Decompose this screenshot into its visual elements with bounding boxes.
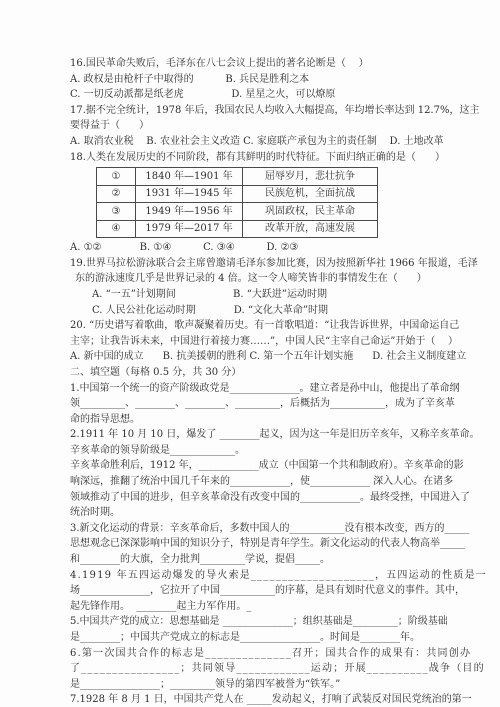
q18-row4-period: 1979 年—2017 年	[136, 220, 243, 238]
fill-section-header: 二、填空题（每格 0.5 分，共 30 分）	[70, 365, 476, 381]
fill-q7-line1: 7.1928 年 8 月 1 日，中国共产党人在 _____发动起义，打响了武装…	[70, 692, 476, 707]
fill-q5-line1: 5.中国共产党的成立：思想基础是 ______________；组织基础是___…	[70, 614, 476, 630]
q18-row3-period: 1949 年—1956 年	[136, 203, 243, 221]
exam-page: 16.国民革命失败后，毛泽东在八七会议上提出的著名论断是（ ） A. 政权是由枪…	[0, 0, 500, 707]
fill-q4-line2: 场______________，它拉开了中国___________的序幕，是具有…	[70, 583, 476, 599]
q18-table: ① 1840 年—1901 年 屈辱岁月，悲壮抗争 ② 1931 年—1945 …	[96, 167, 378, 238]
fill-q2-line3: 辛亥革命胜利后，1912 年，____________成立（中国第一个共和制政府…	[70, 458, 476, 474]
q17-options: A. 取消农业税 B. 农业社会主义改造 C. 家庭联产承包为主的责任制 D. …	[70, 134, 476, 150]
q18-answer-options: A. ①② B. ①④ C. ③④ D. ②③	[70, 240, 476, 256]
q16-stem: 16.国民革命失败后，毛泽东在八七会议上提出的著名论断是（ ）	[70, 56, 476, 72]
q18-row3-num: ③	[97, 203, 136, 221]
q18-stem: 18.人类在发展历史的不同阶段，都有其鲜明的时代特征。下面归纳正确的是（ ）	[70, 150, 476, 166]
table-row: ② 1931 年—1945 年 民族危机，全面抗战	[97, 185, 378, 203]
fill-q4-line3: 起先锋作用。 ________起主力军作用。_	[70, 599, 476, 615]
q17-stem-line2: 要得益于（ ）	[70, 118, 476, 134]
fill-q1-line3: 命的指导思想。	[70, 412, 476, 428]
fill-q1-line2: 领_________、________、________、_________，后…	[70, 396, 476, 412]
table-row: ④ 1979 年—2017 年 改革开放，高速发展	[97, 220, 378, 238]
fill-q2-line6: 统治时期。	[70, 505, 476, 521]
q18-row1-period: 1840 年—1901 年	[136, 168, 243, 186]
fill-q2-line1: 2.1911 年 10 月 10 日，爆发了 ________起义，因为这一年是…	[70, 427, 476, 443]
fill-q3-line3: 和________的大旗，全力批判_________学说，提倡_____。	[70, 552, 476, 568]
fill-q3-line1: 3.新文化运动的背景：辛亥革命后，多数中国人的___________没有根本改变…	[70, 521, 476, 537]
q16-options-cd: C. 一切反动派都是纸老虎 D. 星星之火，可以燎原	[70, 87, 476, 103]
q19-stem-line1: 19.世界马拉松游泳联合会主席曾邀请毛泽东参加比赛，因为按照新华社 1966 年…	[70, 256, 476, 272]
fill-q3-line2: 思想观念已深深影响中国的知识分子，特别是青年学生。新文化运动的代表人物高举___…	[70, 536, 476, 552]
fill-q2-line5: 领域推动了中国的进步，但辛亥革命没有改变中国的____________。最终受挫…	[70, 490, 476, 506]
fill-q6-line2: 了________________；共同领导____________运动；开展_…	[70, 661, 476, 677]
q19-options-cd: C. 人民公社化运动时期 D. “文化大革命”时期	[70, 303, 476, 319]
q19-stem-line2: 东的游泳速度几乎是世界记录的 4 倍。这一令人啼笑皆非的事情发生在（ ）	[70, 271, 476, 287]
fill-q6-line3: 是________________；_________领导的第四军被誉为“铁军。…	[70, 677, 476, 693]
fill-q6-line1: 6.第一次国共合作的标志是______________召开；国共合作的成果有：共…	[70, 646, 476, 662]
q20-stem-line2: 主宰；让我告诉未来，中国进行着接力赛……”，中国人民“主宰自己命运”开始于（ ）	[70, 334, 476, 350]
q18-row2-feature: 民族危机，全面抗战	[243, 185, 378, 203]
fill-q4-line1: 4.1919 年五四运动爆发的导火索是____________________，…	[70, 568, 476, 584]
q19-options-ab: A. “一五”计划期间 B. “大跃进”运动时期	[70, 287, 476, 303]
q18-row4-num: ④	[97, 220, 136, 238]
q18-row3-feature: 巩固政权，民主革命	[243, 203, 378, 221]
q20-stem-line1: 20. “历史谱写着歌曲，歌声凝聚着历史。有一首歌唱道：“让我告诉世界，中国命运…	[70, 318, 476, 334]
q18-row2-period: 1931 年—1945 年	[136, 185, 243, 203]
q18-row4-feature: 改革开放，高速发展	[243, 220, 378, 238]
fill-q1-line1: 1.中国第一个统一的资产阶级政党是______________。建立者是孙中山，…	[70, 381, 476, 397]
q18-row1-num: ①	[97, 168, 136, 186]
fill-q2-line4: 响深远，推翻了统治中国几千年来的____________，使__________…	[70, 474, 476, 490]
table-row: ③ 1949 年—1956 年 巩固政权，民主革命	[97, 203, 378, 221]
q17-stem-line1: 17.据不完全统计，1978 年后，我国农民人均收入大幅提高，年均增长率达到 1…	[70, 103, 476, 119]
q20-options: A. 新中国的成立 B. 抗美援朝的胜利 C. 第一个五年计划实施 D. 社会主…	[70, 349, 476, 365]
q18-row1-feature: 屈辱岁月，悲壮抗争	[243, 168, 378, 186]
q18-row2-num: ②	[97, 185, 136, 203]
q16-options-ab: A. 政权是由枪杆子中取得的 B. 兵民是胜利之本	[70, 72, 476, 88]
fill-q5-line2: 是________；中国共产党成立的标志是________________。时间…	[70, 630, 476, 646]
exam-content: 16.国民革命失败后，毛泽东在八七会议上提出的著名论断是（ ） A. 政权是由枪…	[0, 0, 500, 707]
fill-q2-line2: 辛亥革命的领导阶级是_____________。	[70, 443, 476, 459]
table-row: ① 1840 年—1901 年 屈辱岁月，悲壮抗争	[97, 168, 378, 186]
